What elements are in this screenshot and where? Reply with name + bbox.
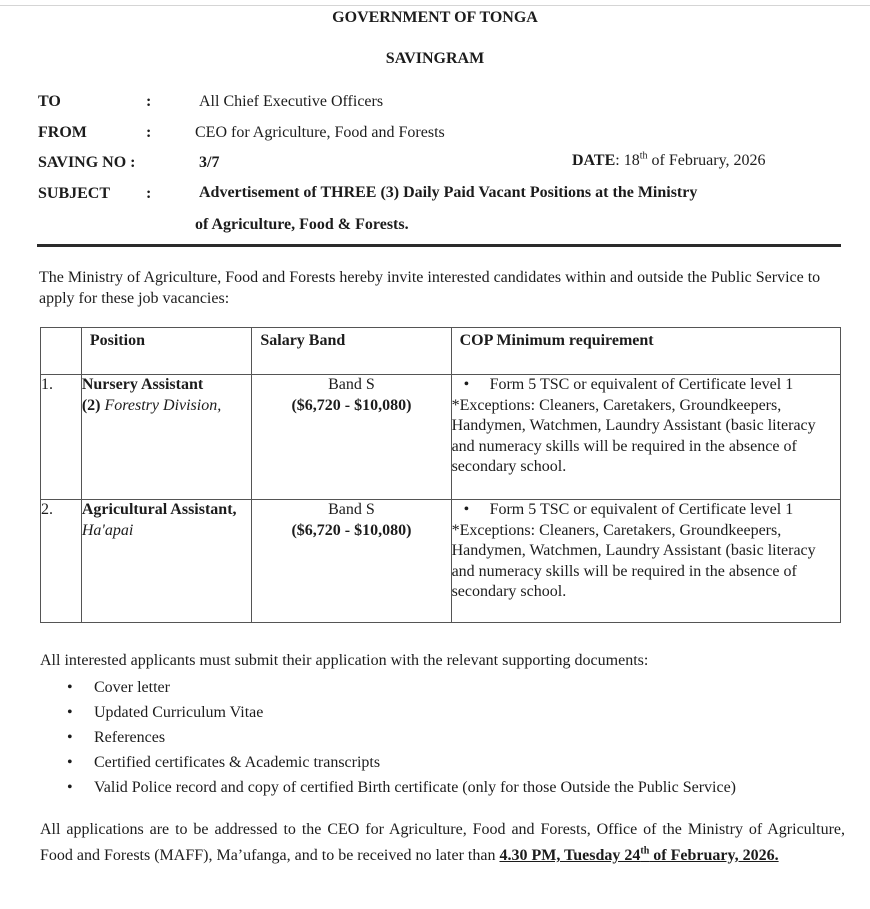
date-label: DATE <box>572 152 615 169</box>
document-label: Updated Curriculum Vitae <box>94 704 263 721</box>
deadline-time-day: 4.30 PM, Tuesday 24 <box>499 847 640 864</box>
subject-line-1: Advertisement of THREE (3) Daily Paid Va… <box>199 184 697 202</box>
subject-label: SUBJECT <box>38 185 110 203</box>
document-label: Cover letter <box>94 679 170 696</box>
document-type-title: SAVINGRAM <box>0 50 870 68</box>
header-divider <box>37 244 841 247</box>
top-border <box>0 5 870 6</box>
requirement-cell: Form 5 TSC or equivalent of Certificate … <box>451 375 840 500</box>
table-row: 1. Nursery Assistant (2) Forestry Divisi… <box>41 375 841 500</box>
bullet-icon: • <box>67 702 73 724</box>
bullet-icon: • <box>67 727 73 749</box>
header-salary-band: Salary Band <box>252 331 450 352</box>
header-requirement: COP Minimum requirement <box>452 331 840 352</box>
date-field: DATE: 18th of February, 2026 <box>572 152 766 170</box>
list-item: •Valid Police record and copy of certifi… <box>40 777 736 802</box>
bullet-icon: • <box>67 752 73 774</box>
closing-paragraph: All applications are to be addressed to … <box>40 817 845 869</box>
position-title: Nursery Assistant <box>82 376 203 393</box>
to-value: All Chief Executive Officers <box>199 93 383 111</box>
list-item: •Updated Curriculum Vitae <box>40 702 736 727</box>
government-title: GOVERNMENT OF TONGA <box>0 9 870 27</box>
requirement-exceptions: *Exceptions: Cleaners, Caretakers, Groun… <box>452 396 840 478</box>
position-cell: Nursery Assistant (2) Forestry Division, <box>81 375 252 500</box>
date-rest: of February, 2026 <box>648 152 766 169</box>
requirement-bullet: Form 5 TSC or equivalent of Certificate … <box>490 375 840 396</box>
table-header-row: Position Salary Band COP Minimum require… <box>41 328 841 375</box>
salary-range: ($6,720 - $10,080) <box>252 396 450 417</box>
deadline-suffix: th <box>640 846 649 857</box>
row-number: 1. <box>41 375 82 500</box>
position-count: (2) <box>82 397 101 414</box>
position-division: Forestry Division, <box>105 397 222 414</box>
salary-cell: Band S ($6,720 - $10,080) <box>252 500 451 623</box>
salary-cell: Band S ($6,720 - $10,080) <box>252 375 451 500</box>
saving-number-value: 3/7 <box>199 154 219 172</box>
from-label: FROM <box>38 124 87 142</box>
deadline: 4.30 PM, Tuesday 24th of February, 2026. <box>499 847 778 864</box>
document-label: Valid Police record and copy of certifie… <box>94 779 736 796</box>
position-location: Ha'apai <box>82 522 133 539</box>
row-number: 2. <box>41 500 82 623</box>
list-item: •Cover letter <box>40 677 736 702</box>
date-suffix: th <box>640 151 648 162</box>
salary-range: ($6,720 - $10,080) <box>252 521 450 542</box>
subject-colon: : <box>146 185 151 203</box>
document-label: References <box>94 729 165 746</box>
deadline-month-year: of February, 2026. <box>649 847 778 864</box>
subject-line-2: of Agriculture, Food & Forests. <box>195 216 409 234</box>
header-position: Position <box>82 331 252 352</box>
from-colon: : <box>146 124 151 142</box>
document-label: Certified certificates & Academic transc… <box>94 754 380 771</box>
list-item: •Certified certificates & Academic trans… <box>40 752 736 777</box>
position-cell: Agricultural Assistant, Ha'apai <box>81 500 252 623</box>
required-documents-list: •Cover letter •Updated Curriculum Vitae … <box>40 677 736 802</box>
from-value: CEO for Agriculture, Food and Forests <box>195 124 445 142</box>
bullet-icon: • <box>67 677 73 699</box>
table-row: 2. Agricultural Assistant, Ha'apai Band … <box>41 500 841 623</box>
date-day: 18 <box>624 152 640 169</box>
intro-paragraph: The Ministry of Agriculture, Food and Fo… <box>39 267 844 309</box>
bullet-icon: • <box>67 777 73 799</box>
requirement-exceptions: *Exceptions: Cleaners, Caretakers, Groun… <box>452 521 840 603</box>
requirement-bullet: Form 5 TSC or equivalent of Certificate … <box>490 500 840 521</box>
header-number <box>41 328 82 375</box>
salary-band: Band S <box>252 375 450 396</box>
submission-intro: All interested applicants must submit th… <box>40 652 648 670</box>
to-label: TO <box>38 93 61 111</box>
vacancies-table: Position Salary Band COP Minimum require… <box>40 327 841 623</box>
requirement-cell: Form 5 TSC or equivalent of Certificate … <box>451 500 840 623</box>
position-title: Agricultural Assistant, <box>82 501 237 518</box>
saving-number-label: SAVING NO : <box>38 154 136 172</box>
list-item: •References <box>40 727 736 752</box>
salary-band: Band S <box>252 500 450 521</box>
to-colon: : <box>146 93 151 111</box>
